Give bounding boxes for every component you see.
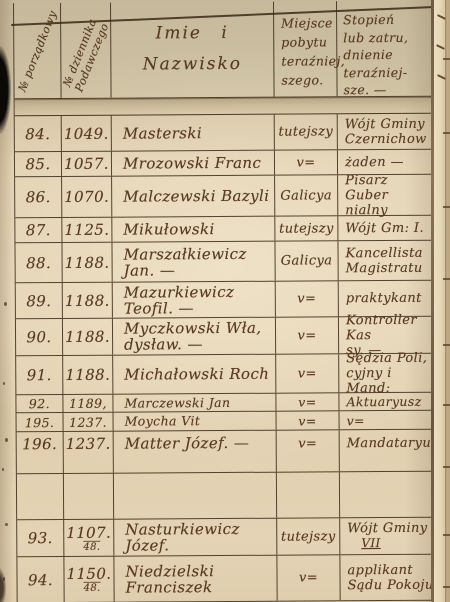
- facing-page-rule-stub: [443, 466, 450, 468]
- ordinal-cell: 89.: [16, 283, 63, 318]
- journal-cell: [64, 474, 114, 519]
- journal-main: 1107.: [66, 523, 111, 541]
- table-row: 94. 1150. 48. Niedzielski Franciszek v= …: [17, 555, 434, 602]
- residence-cell: v=: [276, 354, 339, 392]
- ordinal-cell: 85.: [15, 152, 62, 176]
- paper-speck: [3, 577, 5, 581]
- facing-page-rule-stub: [443, 344, 450, 346]
- name-cell: Mrozowski Franc: [112, 151, 275, 176]
- paper-speck: [3, 382, 5, 385]
- occupation-cell: Sędzia Poli, cyjny i Mand:: [339, 354, 433, 393]
- header-ordinal-number-label: № porządkowy: [12, 0, 64, 105]
- name-cell: Michałowski Roch: [113, 355, 276, 394]
- journal-cell: 1070.: [62, 177, 112, 217]
- name-cell: Masterski: [112, 115, 275, 151]
- journal-cell: 1189,: [63, 395, 113, 412]
- occupation-cell: praktykant: [339, 281, 433, 317]
- occupation-cell: Kancellista Magistratu: [338, 241, 432, 281]
- ordinal-cell: 196.: [17, 432, 64, 473]
- journal-cell: 1150. 48.: [64, 557, 114, 602]
- ordinal-cell: 195.: [17, 413, 64, 431]
- name-cell: Mazurkiewicz Teofil. —: [113, 282, 276, 318]
- occupation-cell: v=: [340, 411, 434, 430]
- journal-sub: 48.: [84, 582, 101, 594]
- ordinal-cell: 88.: [15, 243, 62, 282]
- journal-cell: 1237.: [64, 413, 114, 431]
- journal-fraction: 1150. 48.: [66, 565, 111, 594]
- name-cell: Myczkowski Wła, dysław. —: [113, 318, 276, 355]
- name-cell: Niedzielski Franciszek: [114, 556, 277, 602]
- occupation-cell: applikant Sądu Pokoju: [340, 555, 434, 601]
- residence-cell: tutejszy: [275, 216, 338, 240]
- register-page: № porządkowy № dziennika Podawczego Imie…: [0, 0, 450, 602]
- table-row: 88. 1188. Marszałkiewicz Jan. — Galicya …: [15, 241, 432, 284]
- name-cell: Moycha Vit: [114, 412, 277, 431]
- journal-cell: 1188.: [63, 356, 113, 394]
- residence-cell: v=: [276, 281, 339, 316]
- header-name-label: Imie i Nazwisko: [111, 2, 273, 81]
- residence-cell: v=: [276, 393, 339, 410]
- journal-cell: 1107. 48.: [64, 520, 114, 556]
- book-binding-shadow: [0, 46, 11, 134]
- ordinal-cell: 86.: [15, 177, 62, 217]
- ordinal-cell: [17, 474, 64, 519]
- residence-cell: v=: [277, 555, 340, 600]
- occupation-sub: VII: [361, 536, 380, 551]
- residence-cell: tutejszy: [277, 518, 340, 554]
- facing-page-rule-stub: [443, 278, 450, 280]
- journal-cell: 1125.: [62, 218, 112, 242]
- name-cell: Marczewski Jan: [113, 394, 276, 412]
- occupation-cell: Pisarz Guber nialny: [338, 175, 432, 216]
- ordinal-cell: 93.: [17, 520, 64, 556]
- name-cell: Mikułowski: [112, 217, 275, 242]
- residence-cell: v=: [276, 317, 339, 353]
- occupation-cell: Kontroller Kas sy. —: [339, 317, 433, 354]
- header-name: Imie i Nazwisko: [111, 2, 275, 98]
- occupation-cell: Aktuaryusz: [339, 393, 433, 411]
- table-row: 86. 1070. Malczewski Bazyli Galicya Pisa…: [15, 175, 432, 219]
- facing-page-rule-stub: [443, 586, 450, 588]
- ordinal-cell: 91.: [16, 356, 63, 394]
- paper-speck: [2, 468, 4, 471]
- name-cell: Matter Józef. —: [114, 431, 277, 473]
- journal-cell: 1188.: [63, 319, 113, 355]
- ordinal-cell: 87.: [15, 218, 62, 242]
- table-row-empty: [17, 472, 434, 521]
- book-binding-shadow-bottom: [0, 568, 6, 602]
- ordinal-cell: 92.: [16, 395, 63, 412]
- ordinal-cell: 90.: [16, 319, 63, 355]
- table-row: 87. 1125. Mikułowski tutejszy Wójt Gm: I…: [15, 216, 432, 244]
- header-residence: Miejsce pobytu teraźniej, szego.: [274, 1, 338, 96]
- name-cell: Marszałkiewicz Jan. —: [112, 242, 275, 282]
- residence-cell: Galicya: [275, 241, 338, 280]
- header-journal-number-label: № dziennika Podawczego: [54, 0, 118, 111]
- register-table: № porządkowy № dziennika Podawczego Imie…: [13, 1, 436, 602]
- facing-page-rule-stub: [443, 534, 450, 536]
- residence-cell: v=: [275, 150, 338, 174]
- facing-page-rule-stub: [443, 206, 450, 208]
- occupation-main: Wójt Gminy: [347, 521, 427, 536]
- journal-main: 1150.: [66, 565, 111, 583]
- occupation-cell: Mandataryusz: [340, 430, 434, 472]
- journal-fraction: 1107. 48.: [66, 523, 111, 552]
- residence-cell: tutejszy: [275, 114, 338, 149]
- table-row: 93. 1107. 48. Nasturkiewicz Józef. tutej…: [17, 518, 434, 558]
- residence-cell: v=: [277, 430, 340, 471]
- name-cell: Malczewski Bazyli: [112, 176, 275, 217]
- table-row: 84. 1049. Masterski tutejszy Wójt Gminy …: [15, 114, 432, 153]
- name-cell: Nasturkiewicz Józef.: [114, 519, 277, 556]
- facing-page-edge: [434, 0, 445, 602]
- journal-cell: 1188.: [63, 283, 113, 318]
- paper-speck: [5, 438, 8, 442]
- header-occupation-label: Stopień lub zatru, dnienie teraźniej- sz…: [337, 1, 409, 99]
- journal-cell: 1188.: [62, 243, 112, 282]
- paper-speck: [4, 302, 7, 306]
- occupation-cell: Wójt Gm: I.: [338, 216, 432, 241]
- ordinal-cell: 94.: [17, 557, 64, 602]
- occupation-cell: żaden —: [338, 150, 432, 175]
- journal-cell: 1049.: [62, 116, 112, 151]
- residence-cell: [277, 472, 340, 517]
- residence-cell: Galicya: [275, 175, 338, 215]
- table-row: 91. 1188. Michałowski Roch v= Sędzia Pol…: [16, 354, 433, 396]
- residence-cell: v=: [277, 411, 340, 429]
- header-ordinal-number: № porządkowy: [14, 3, 62, 98]
- facing-page-rule-stub: [443, 58, 450, 60]
- occupation-stacked: Wójt Gminy VII: [347, 521, 427, 551]
- header-residence-label: Miejsce pobytu teraźniej, szego.: [274, 1, 345, 89]
- occupation-cell: [340, 472, 434, 518]
- journal-cell: 1057.: [62, 152, 112, 176]
- occupation-cell: Wójt Gminy VII: [340, 518, 434, 555]
- facing-page-rule-stub: [443, 404, 450, 406]
- occupation-cell: Wójt Gminy Czernichow: [338, 114, 432, 150]
- journal-sub: 48.: [83, 540, 100, 552]
- name-cell: [114, 473, 277, 519]
- table-row: 196. 1237. Matter Józef. — v= Mandataryu…: [17, 430, 434, 475]
- ordinal-cell: 84.: [15, 116, 62, 151]
- header-occupation: Stopień lub zatru, dnienie teraźniej- sz…: [337, 1, 432, 97]
- table-header-row: № porządkowy № dziennika Podawczego Imie…: [14, 1, 432, 100]
- table-row: 195. 1237. Moycha Vit v= v=: [17, 411, 434, 433]
- header-journal-number: № dziennika Podawczego: [61, 3, 112, 98]
- journal-cell: 1237.: [64, 432, 114, 473]
- paper-speck: [5, 523, 8, 526]
- page-stack-edge: [445, 0, 450, 602]
- facing-page-rule-stub: [443, 132, 450, 134]
